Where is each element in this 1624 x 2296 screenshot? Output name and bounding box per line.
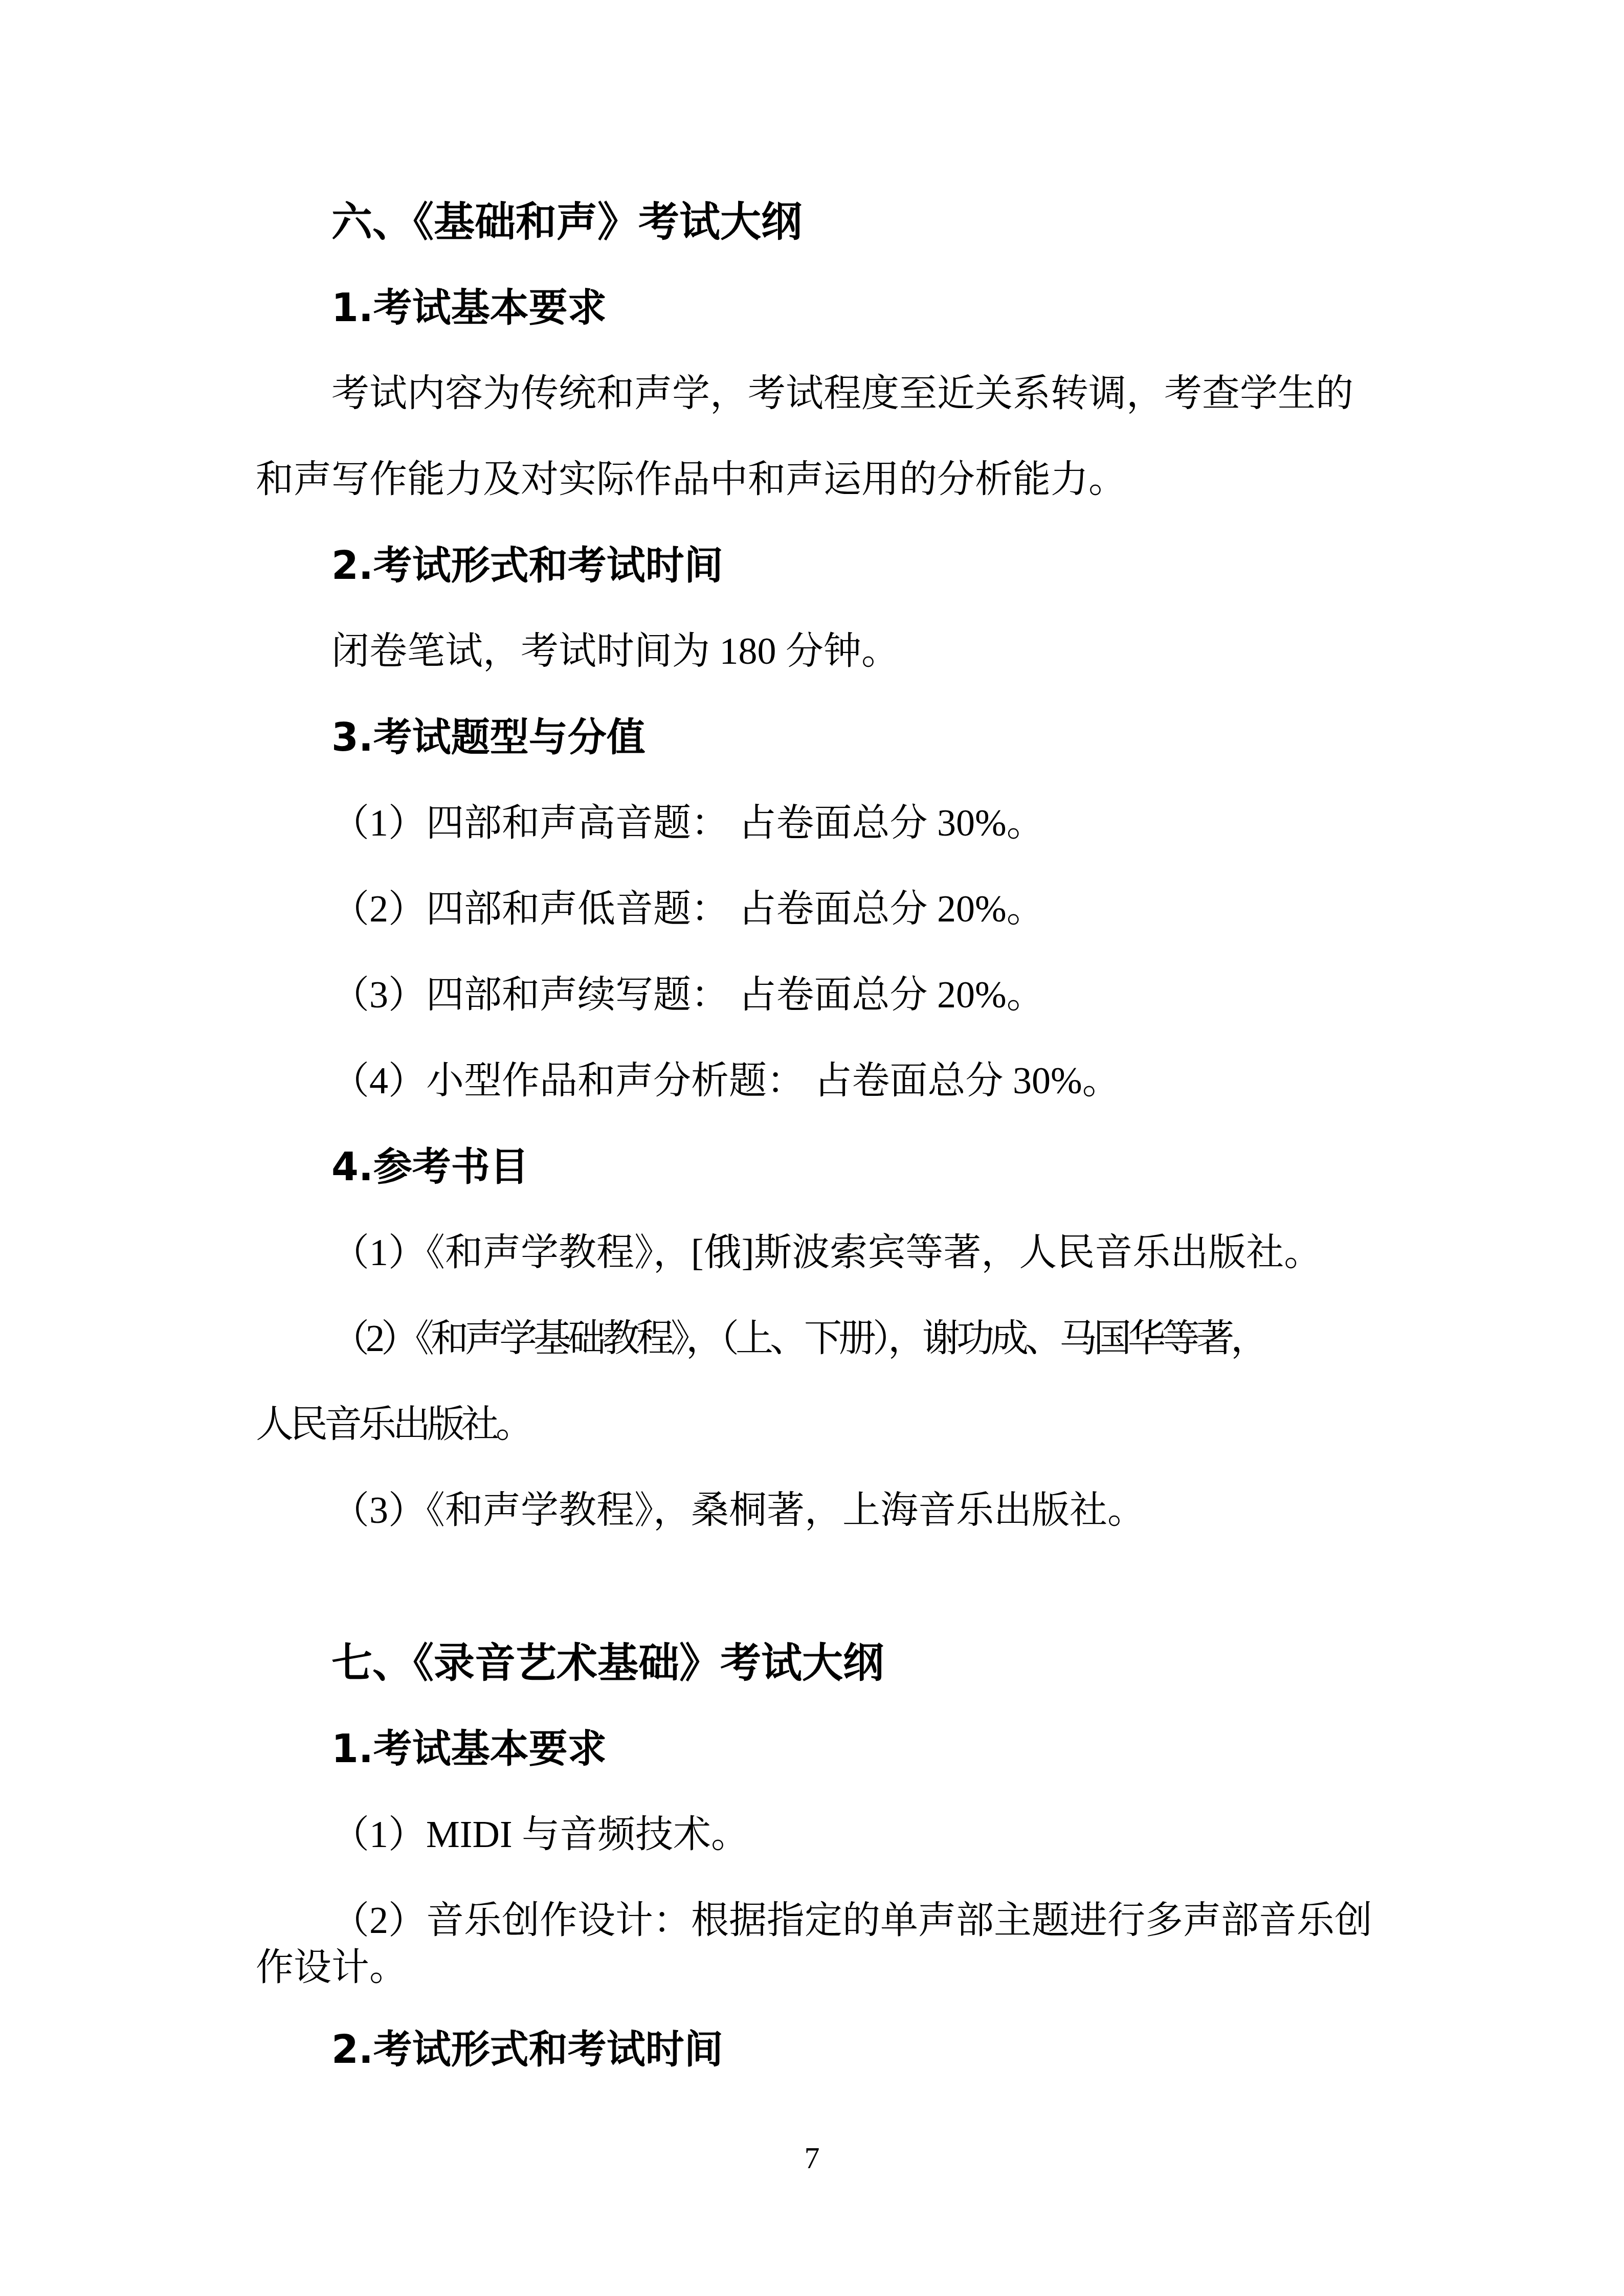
list-item-reference-book-2: （2）《和声学基础教程》，（上、下册），谢功成、马国华等著， 人民音乐出版社。: [256, 1296, 1396, 1468]
document-page: 六、《基础和声》考试大纲 1.考试基本要求 考试内容为传统和声学，考试程度至近关…: [0, 0, 1624, 2296]
subsection-heading-exam-requirements-2: 1.考试基本要求: [256, 1706, 1396, 1792]
list-item-question-type-1: （1）四部和声高音题： 占卷面总分 30%。: [256, 780, 1396, 866]
page-number: 7: [0, 2140, 1624, 2176]
list-item-reference-book-3: （3）《和声学教程》，桑桐著，上海音乐出版社。: [256, 1468, 1396, 1554]
document-body: 六、《基础和声》考试大纲 1.考试基本要求 考试内容为传统和声学，考试程度至近关…: [256, 179, 1396, 2092]
list-item-midi-audio: （1）MIDI 与音频技术。: [256, 1792, 1396, 1878]
paragraph-exam-format: 闭卷笔试，考试时间为 180 分钟。: [256, 609, 1396, 694]
list-item-question-type-3: （3）四部和声续写题： 占卷面总分 20%。: [256, 952, 1396, 1038]
list-item-music-creation-design: （2）音乐创作设计：根据指定的单声部主题进行多声部音乐创 作设计。: [256, 1897, 1396, 1991]
list-item-question-type-4: （4）小型作品和声分析题： 占卷面总分 30%。: [256, 1038, 1396, 1124]
subsection-heading-question-types: 3.考试题型与分值: [256, 694, 1396, 780]
subsection-heading-exam-format-time: 2.考试形式和考试时间: [256, 523, 1396, 609]
subsection-heading-exam-format-time-2: 2.考试形式和考试时间: [256, 2007, 1396, 2092]
paragraph-exam-content: 考试内容为传统和声学，考试程度至近关系转调，考查学生的 和声写作能力及对实际作品…: [256, 351, 1396, 523]
section-heading-basic-harmony: 六、《基础和声》考试大纲: [256, 179, 1396, 265]
list-item-reference-book-1: （1）《和声学教程》，[俄]斯波索宾等著，人民音乐出版社。: [256, 1210, 1396, 1296]
subsection-heading-exam-requirements: 1.考试基本要求: [256, 265, 1396, 351]
list-item-question-type-2: （2）四部和声低音题： 占卷面总分 20%。: [256, 866, 1396, 952]
subsection-heading-reference-books: 4.参考书目: [256, 1124, 1396, 1210]
section-heading-recording-art: 七、《录音艺术基础》考试大纲: [256, 1620, 1396, 1706]
